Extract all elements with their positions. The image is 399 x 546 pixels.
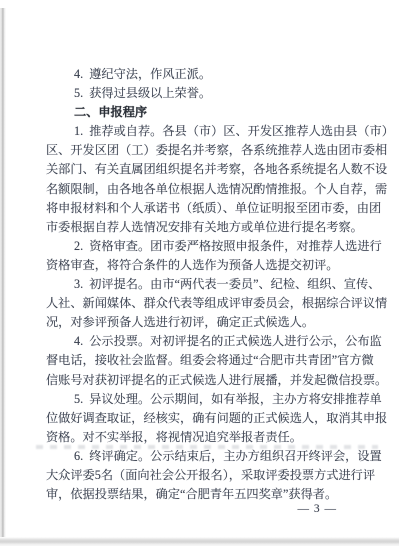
paragraph-6-line-3: 审，依据投票结果，确定“合肥青年五四奖章”获得者。 (46, 485, 364, 504)
paragraph-3-line-1: 3. 初评提名。由市“两代表一委员”、纪检、组织、宣传、 (46, 275, 364, 294)
paragraph-4-line-1: 4. 公示投票。对初评提名的正式候选人进行公示，公布监 (46, 332, 364, 351)
paragraph-3-line-3: 况，对参评预备人选进行初评，确定正式候选人。 (46, 313, 364, 332)
document-body: 4. 遵纪守法，作风正派。 5. 获得过县级以上荣誉。 二、申报程序 1. 推荐… (46, 65, 364, 504)
paragraph-6-line-1: 6. 终评确定。公示结束后，主办方组织召开终评会，设置 (46, 447, 364, 466)
paragraph-1-line-2: 区、开发区团（工）委提名并考察，各系统推荐人选由团市委相 (46, 141, 364, 160)
list-item-5: 5. 获得过县级以上荣誉。 (46, 84, 364, 103)
paragraph-2-line-2: 资格审查，将符合条件的人选作为预备人选提交初评。 (46, 256, 364, 275)
paragraph-3-line-2: 人社、新闻媒体、群众代表等组成评审委员会，根据综合评议情 (46, 294, 364, 313)
paragraph-1-line-6: 市委根据自荐人选情况安排有关地方或单位进行提名考察。 (46, 218, 364, 237)
scanned-document-page: 4. 遵纪守法，作风正派。 5. 获得过县级以上荣誉。 二、申报程序 1. 推荐… (0, 0, 399, 546)
paragraph-6-line-2: 大众评委5名（面向社会公开报名），采取评委投票方式进行评 (46, 466, 364, 485)
scan-edge-bottom-artifact (0, 537, 399, 546)
list-item-4: 4. 遵纪守法，作风正派。 (46, 65, 364, 84)
paragraph-1-line-5: 将申报材料和个人承诺书（纸质）、单位证明报至团市委，由团 (46, 199, 364, 218)
paragraph-2-line-1: 2. 资格审查。团市委严格按照申报条件，对推荐人选进行 (46, 237, 364, 256)
paragraph-5-line-2: 位做好调查取证，经核实，确有问题的正式候选人，取消其申报 (46, 409, 364, 428)
paragraph-1-line-4: 名额限制，由各地各单位根据人选情况酌情推报。个人自荐，需 (46, 180, 364, 199)
paragraph-5-line-1: 5. 异议处理。公示期间，如有举报，主办方将安排推荐单 (46, 390, 364, 409)
paragraph-1-line-3: 关部门、有关直属团组织提名并考察，各地各系统提名人数不设 (46, 160, 364, 179)
paragraph-4-line-2: 督电话，接收社会监督。组委会将通过“合肥市共青团”官方微 (46, 351, 364, 370)
paragraph-5-line-3: 资格。对不实举报，将视情况追究举报者责任。 (46, 428, 364, 447)
page-number: — 3 — (298, 503, 338, 515)
scan-edge-left-artifact (0, 8, 6, 541)
paragraph-1-line-1: 1. 推荐或自荐。各县（市）区、开发区推荐人选由县（市） (46, 122, 364, 141)
section-heading: 二、申报程序 (46, 103, 364, 122)
paragraph-4-line-3: 信账号对获初评提名的正式候选人进行展播，并发起微信投票。 (46, 371, 364, 390)
